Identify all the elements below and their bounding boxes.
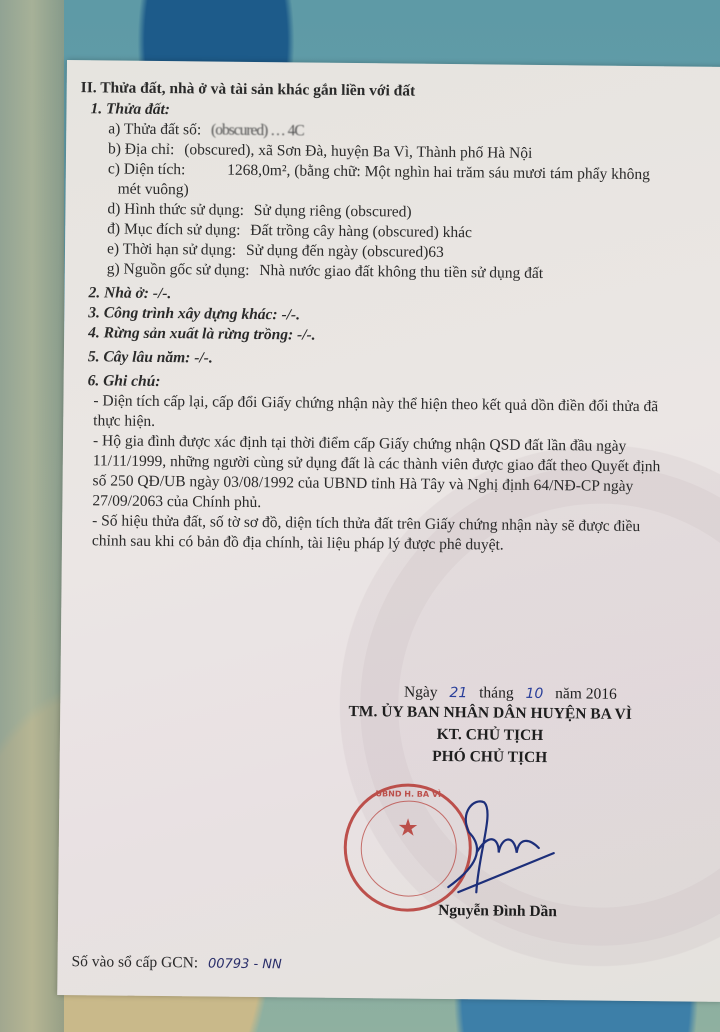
registry-label: Số vào sổ cấp GCN: (71, 953, 198, 971)
term-value: Sử dụng đến ngày (obscured)63 (246, 242, 444, 261)
handwritten-signature (428, 792, 559, 903)
note-paragraph: - Diện tích cấp lại, cấp đổi Giấy chứng … (93, 391, 677, 437)
month-label: tháng (479, 684, 514, 701)
note-paragraph: - Số hiệu thửa đất, số tờ sơ đồ, diện tí… (92, 511, 676, 557)
address-label: b) Địa chỉ: (108, 139, 175, 160)
certificate-content: II. Thửa đất, nhà ở và tài sản khác gắn … (76, 78, 681, 557)
use-form-label: d) Hình thức sử dụng: (107, 199, 244, 220)
origin-label: g) Nguồn gốc sử dụng: (107, 259, 250, 280)
term-label: e) Thời hạn sử dụng: (107, 239, 236, 260)
use-form-value: Sử dụng riêng (obscured) (254, 202, 412, 221)
area-value: 1268,0m², (bằng chữ: Một nghìn hai trăm … (227, 162, 650, 183)
purpose-value: Đất trồng cây hàng (obscured) khác (250, 222, 472, 241)
origin-value: Nhà nước giao đất không thu tiền sử dụng… (259, 262, 543, 282)
date-prefix: Ngày (404, 684, 438, 701)
area-label: c) Diện tích: (108, 159, 186, 180)
year-label: năm 2016 (555, 685, 617, 703)
issuing-authority: TM. ỦY BAN NHÂN DÂN HUYỆN BA VÌ (310, 701, 670, 727)
background-fabric (0, 0, 64, 1032)
address-value: (obscured), xã Sơn Đà, huyện Ba Vì, Thàn… (184, 141, 532, 162)
date-month: 10 (525, 686, 543, 702)
note-paragraph: - Hộ gia đình được xác định tại thời điể… (92, 431, 677, 517)
land-certificate-page: II. Thửa đất, nhà ở và tài sản khác gắn … (57, 60, 720, 1002)
signature-block: Ngày 21 tháng 10 năm 2016 TM. ỦY BAN NHÂ… (310, 683, 671, 771)
signer-role-2: PHÓ CHỦ TỊCH (310, 745, 670, 771)
registry-number-line: Số vào sổ cấp GCN: 00793 - NN (71, 953, 281, 973)
signer-name: Nguyễn Đình Dần (438, 902, 557, 921)
parcel-value: (obscured) … 4C (211, 122, 304, 140)
registry-value: 00793 - NN (208, 957, 282, 973)
parcel-label: a) Thửa đất số: (108, 119, 201, 140)
purpose-label: đ) Mục đích sử dụng: (107, 219, 240, 240)
date-day: 21 (449, 685, 467, 701)
